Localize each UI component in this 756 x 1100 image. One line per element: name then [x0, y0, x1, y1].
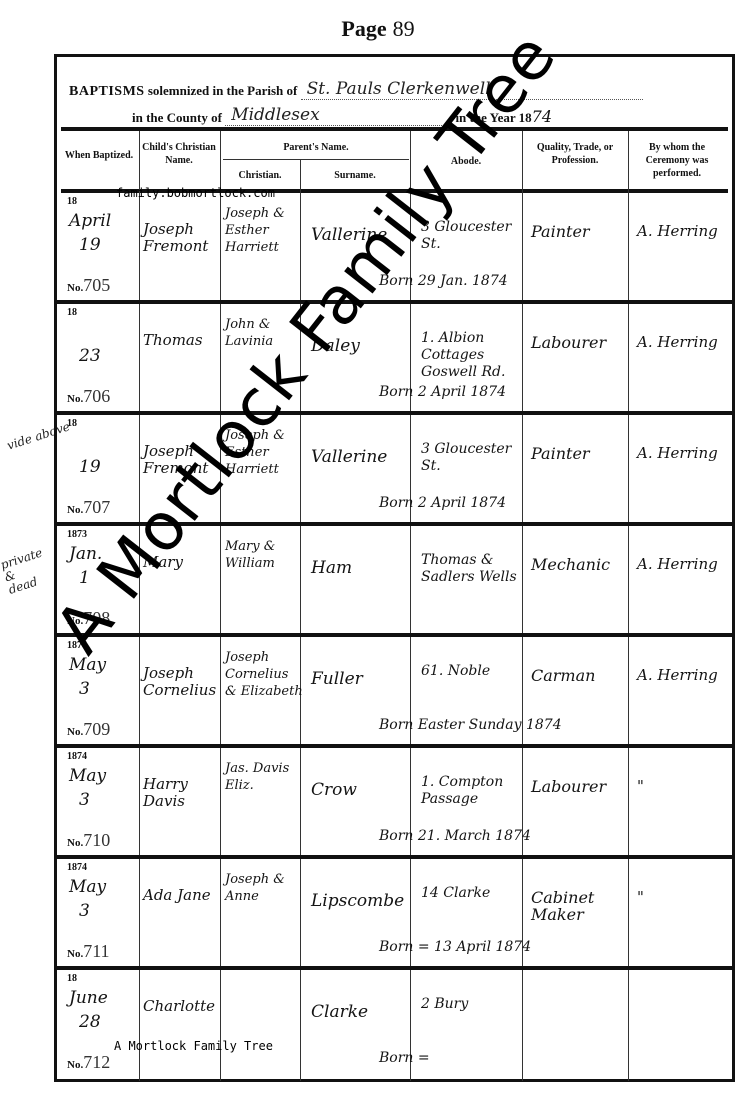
page-label: Page	[341, 16, 386, 41]
watermark-footer: A Mortlock Family Tree	[114, 1039, 273, 1053]
entry-day: 3	[79, 790, 90, 810]
regno-prefix: No.	[67, 282, 83, 294]
entry-register-number: No.711	[67, 941, 110, 962]
entry-day: 19	[79, 235, 101, 255]
regno-prefix: No.	[67, 948, 83, 960]
entry-surname: Ham	[311, 560, 411, 577]
entry-child-name: Thomas	[143, 332, 221, 349]
regno-prefix: No.	[67, 1059, 83, 1071]
entry-day: 3	[79, 901, 90, 921]
col-ceremony: By whom the Ceremony was performed.	[629, 141, 725, 180]
entry-year: 18	[67, 973, 77, 984]
entry-child-name: Joseph Cornelius	[143, 665, 221, 699]
entry-trade: Mechanic	[531, 556, 631, 573]
table-row: 1823No.706ThomasJohn & LaviniaDaley1. Al…	[61, 304, 728, 411]
regno-value: 705	[83, 275, 110, 295]
entry-trade: Labourer	[531, 334, 631, 351]
entry-parents-christian: Joseph & Anne	[225, 871, 303, 905]
entry-birth-note: Born 2 April 1874	[379, 384, 506, 400]
table-row: 1873Jan.1No.708MaryMary & WilliamHamThom…	[61, 526, 728, 633]
entry-officiant: A. Herring	[637, 445, 733, 462]
entry-surname: Clarke	[311, 1004, 411, 1021]
regno-value: 712	[83, 1052, 110, 1072]
entry-child-name: Charlotte	[143, 998, 221, 1015]
entry-year: 18	[67, 307, 77, 318]
entry-surname: Vallerine	[311, 449, 411, 466]
entry-child-name: Mary	[143, 554, 221, 571]
parish-name: St. Pauls Clerkenwell	[301, 79, 643, 100]
entry-surname: Lipscombe	[311, 893, 411, 910]
regno-prefix: No.	[67, 504, 83, 516]
table-row: 18April19No.705Joseph FremontJoseph & Es…	[61, 193, 728, 300]
entry-year: 1873	[67, 529, 87, 540]
col-when-baptized: When Baptized.	[61, 149, 137, 162]
heading-county-line: in the County of Middlesex in the Year 1…	[132, 105, 552, 126]
entry-abode: 3 Gloucester St.	[421, 441, 525, 475]
entry-abode: 3 Gloucester St.	[421, 219, 525, 253]
page-number-value: 89	[393, 16, 415, 41]
entry-year: 18	[67, 418, 77, 429]
col-child-name: Child's Christian Name.	[139, 141, 219, 167]
entry-abode: 1. Albion Cottages Goswell Rd.	[421, 330, 525, 381]
entry-trade: Painter	[531, 445, 631, 462]
col-surname: Surname.	[301, 169, 409, 182]
county-name: Middlesex	[225, 105, 452, 126]
entry-surname: Crow	[311, 782, 411, 799]
entry-register-number: No.708	[67, 608, 110, 629]
entry-abode: 1. Compton Passage	[421, 774, 525, 808]
entry-surname: Daley	[311, 338, 411, 355]
margin-note-private-dead: private & dead	[0, 546, 53, 597]
entry-register-number: No.709	[67, 719, 110, 740]
entry-parents-christian: John & Lavinia	[225, 316, 303, 350]
entry-child-name: Joseph Fremont	[143, 221, 221, 255]
heading-parish-line: BAPTISMS solemnized in the Parish of St.…	[69, 79, 643, 100]
entry-parents-christian: Joseph Cornelius & Elizabeth	[225, 649, 303, 700]
entry-trade: Cabinet Maker	[531, 889, 631, 923]
entry-officiant: A. Herring	[637, 334, 733, 351]
entry-month: April	[69, 211, 111, 231]
entry-surname: Vallerine	[311, 227, 411, 244]
entry-year: 1874	[67, 862, 87, 873]
table-row: 1874May3No.709Joseph CorneliusJoseph Cor…	[61, 637, 728, 744]
entry-year: 18	[67, 196, 77, 207]
entry-child-name: Joseph Fremont	[143, 443, 221, 477]
entry-officiant: "	[637, 778, 733, 795]
entry-register-number: No.712	[67, 1052, 110, 1073]
entry-child-name: Harry Davis	[143, 776, 221, 810]
heading-year-value: 74	[532, 107, 552, 126]
entry-child-name: Ada Jane	[143, 887, 221, 904]
regno-value: 706	[83, 386, 110, 406]
regno-value: 708	[83, 608, 110, 628]
entry-trade: Carman	[531, 667, 631, 684]
entry-surname: Fuller	[311, 671, 411, 688]
table-row: 1819No.707Joseph FremontJoseph & Esther …	[61, 415, 728, 522]
entry-abode: 2 Bury	[421, 996, 525, 1013]
entry-trade: Labourer	[531, 778, 631, 795]
heading-solemnized: solemnized in the Parish of	[148, 83, 298, 98]
table-row: 1874May3No.711Ada JaneJoseph & AnneLipsc…	[61, 859, 728, 966]
page-number: Page89	[0, 16, 756, 42]
col-trade: Quality, Trade, or Profession.	[523, 141, 627, 167]
entry-month: May	[69, 877, 106, 897]
regno-prefix: No.	[67, 615, 83, 627]
entry-birth-note: Born =	[379, 1050, 430, 1066]
entry-birth-note: Born = 13 April 1874	[379, 939, 531, 955]
entry-trade: Painter	[531, 223, 631, 240]
entry-parents-christian: Mary & William	[225, 538, 303, 572]
entry-officiant: "	[637, 889, 733, 906]
entry-officiant: A. Herring	[637, 667, 733, 684]
entry-officiant: A. Herring	[637, 556, 733, 573]
regno-value: 709	[83, 719, 110, 739]
regno-prefix: No.	[67, 393, 83, 405]
entry-birth-note: Born 21. March 1874	[379, 828, 531, 844]
col-abode: Abode.	[411, 155, 521, 168]
entry-parents-christian: Joseph & Esther Harriett	[225, 205, 303, 256]
heading-year-label: in the Year 18	[455, 110, 531, 125]
entry-abode: 61. Noble	[421, 663, 525, 680]
entry-birth-note: Born 29 Jan. 1874	[379, 273, 508, 289]
regno-prefix: No.	[67, 726, 83, 738]
regno-prefix: No.	[67, 837, 83, 849]
parents-divider	[223, 159, 409, 160]
watermark-url: family.bobmortlock.com	[116, 186, 275, 200]
entry-month: May	[69, 766, 106, 786]
entry-day: 23	[79, 346, 101, 366]
table-row: 18June28No.712CharlotteClarke2 BuryBorn …	[61, 970, 728, 1077]
entry-register-number: No.710	[67, 830, 110, 851]
entry-day: 19	[79, 457, 101, 477]
entry-register-number: No.706	[67, 386, 110, 407]
entry-register-number: No.705	[67, 275, 110, 296]
regno-value: 707	[83, 497, 110, 517]
entry-birth-note: Born 2 April 1874	[379, 495, 506, 511]
entry-day: 28	[79, 1012, 101, 1032]
entry-parents-christian: Joseph & Esther Harriett	[225, 427, 303, 478]
entry-register-number: No.707	[67, 497, 110, 518]
entry-abode: 14 Clarke	[421, 885, 525, 902]
entry-parents-christian: Jas. Davis Eliz.	[225, 760, 303, 794]
entry-month: Jan.	[69, 544, 102, 564]
table-row: 1874May3No.710Harry DavisJas. Davis Eliz…	[61, 748, 728, 855]
heading-baptisms: BAPTISMS	[69, 84, 145, 99]
col-parents-name: Parent's Name.	[221, 141, 411, 154]
entry-year: 1874	[67, 640, 87, 651]
regno-value: 711	[83, 941, 109, 961]
regno-value: 710	[83, 830, 110, 850]
entry-month: June	[69, 988, 108, 1008]
entry-birth-note: Born Easter Sunday 1874	[379, 717, 562, 733]
col-christian: Christian.	[221, 169, 299, 182]
entry-year: 1874	[67, 751, 87, 762]
entry-abode: Thomas & Sadlers Wells	[421, 552, 525, 586]
register-page: BAPTISMS solemnized in the Parish of St.…	[54, 54, 735, 1082]
entry-day: 1	[79, 568, 90, 588]
entry-day: 3	[79, 679, 90, 699]
heading-county-label: in the County of	[132, 110, 222, 125]
entry-officiant: A. Herring	[637, 223, 733, 240]
entry-month: May	[69, 655, 106, 675]
